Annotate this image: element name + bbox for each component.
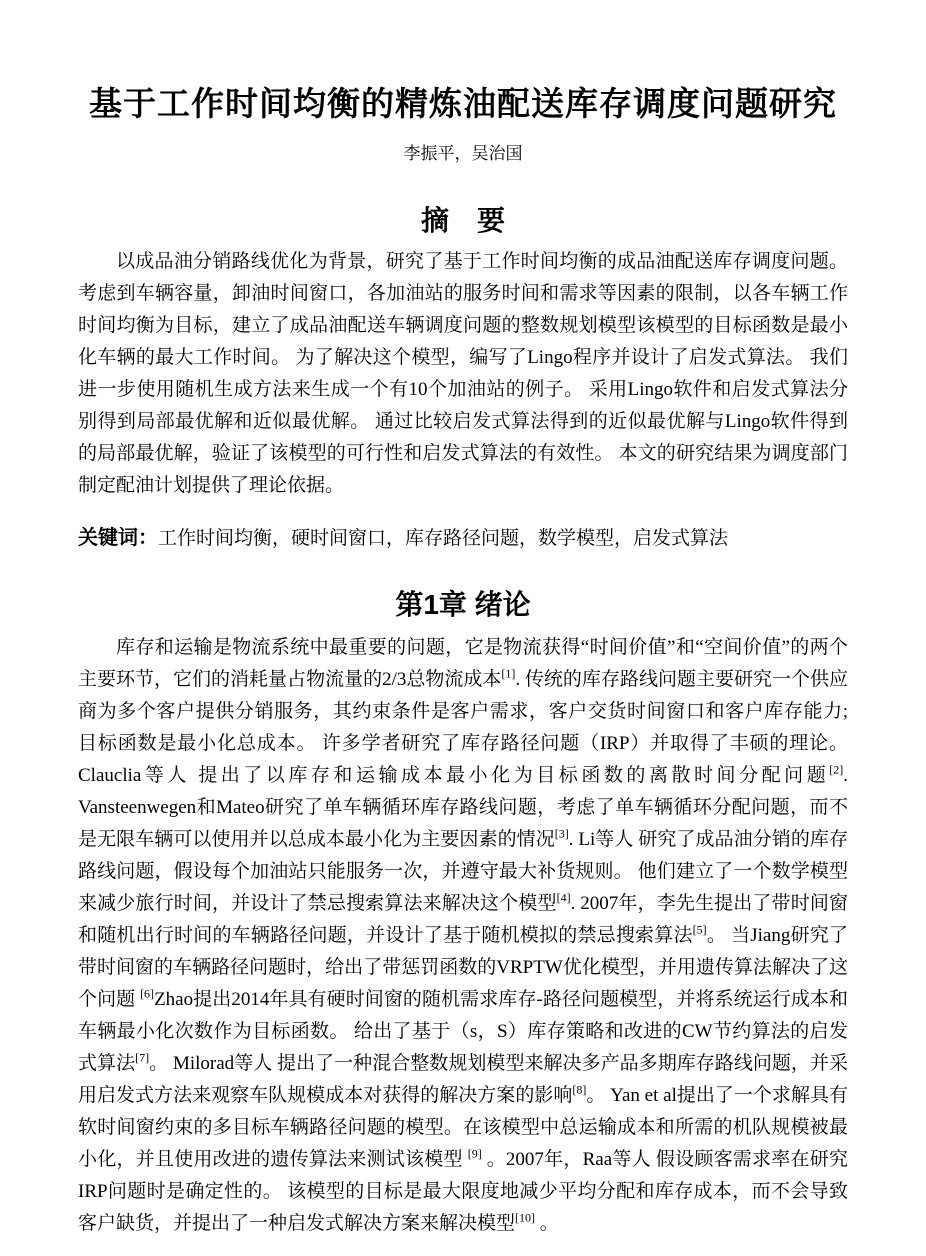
document-page: 基于工作时间均衡的精炼油配送库存调度问题研究 李振平，吴治国 摘 要 以成品油分… <box>0 0 926 1256</box>
intro-paragraph: 库存和运输是物流系统中最重要的问题，它是物流获得“时间价值”和“空间价值”的两个… <box>78 632 848 1240</box>
keywords-line: 关键词：工作时间均衡，硬时间窗口，库存路径问题，数学模型，启发式算法 <box>78 523 848 554</box>
paper-authors: 李振平，吴治国 <box>78 139 848 164</box>
paper-title: 基于工作时间均衡的精炼油配送库存调度问题研究 <box>78 84 848 124</box>
keywords-text: 工作时间均衡，硬时间窗口，库存路径问题，数学模型，启发式算法 <box>158 528 728 549</box>
page-content: 基于工作时间均衡的精炼油配送库存调度问题研究 李振平，吴治国 摘 要 以成品油分… <box>0 84 926 1240</box>
keywords-label: 关键词： <box>78 527 158 549</box>
abstract-paragraph: 以成品油分销路线优化为背景，研究了基于工作时间均衡的成品油配送库存调度问题。 考… <box>78 246 848 502</box>
abstract-heading: 摘 要 <box>78 205 848 237</box>
chapter-heading: 第1章 绪论 <box>78 589 848 621</box>
